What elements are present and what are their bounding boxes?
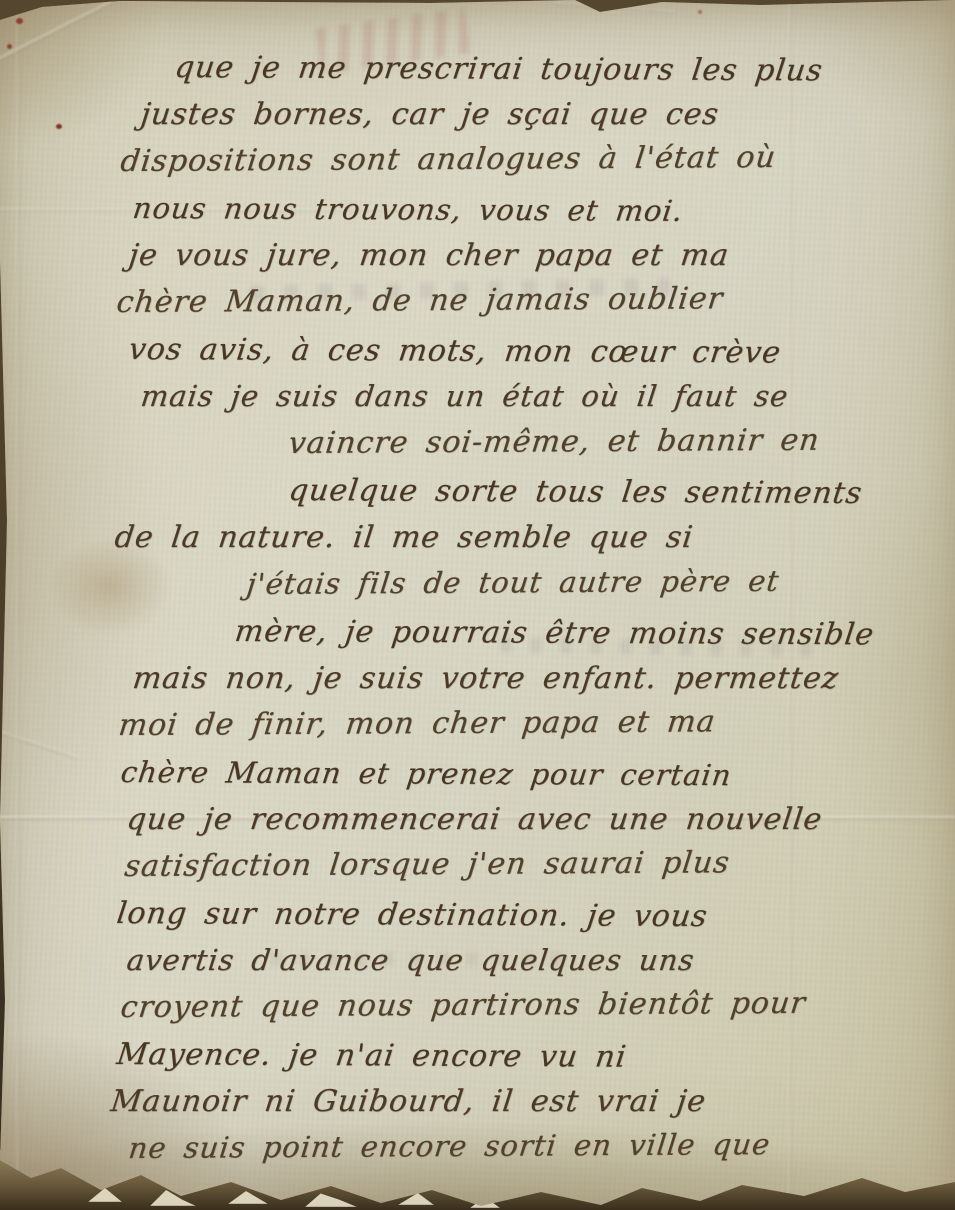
letter-line: chère Maman et prenez pour certain [118,749,955,800]
letter-line: vos avis, à ces mots, mon cœur crève [126,326,955,377]
letter-line: de la nature. il me semble que si [112,514,955,561]
letter-line: quelque sorte tous les sentiments [286,467,955,518]
letter-line: Maunoir ni Guibourd, il est vrai je [108,1078,955,1125]
letter-line: nous nous trouvons, vous et moi. [130,185,955,236]
red-wax-speck [698,10,702,14]
letter-line: j'étais fils de tout autre père et [244,557,955,608]
letter-line: Mayence. je n'ai encore vu ni [114,1031,955,1082]
letter-line: chère Maman, de ne jamais oublier [114,274,955,326]
letter-line: croyent que nous partirons bientôt pour [118,979,955,1031]
letter-line: ne suis point encore sorti en ville que [126,1120,955,1172]
letter-line: mais non, je suis votre enfant. permette… [130,655,955,702]
letter-line: mais je suis dans un état où il faut se [138,373,955,420]
letter-line: que je me prescrirai toujours les plus [172,44,955,95]
letter-page: que je me prescrirai toujours les plusju… [0,0,955,1210]
letter-line: justes bornes, car je sçai que ces [138,91,955,138]
letter-line: vaincre soi-même, et bannir en [286,416,955,467]
letter-lines: que je me prescrirai toujours les plusju… [0,44,955,1172]
red-wax-speck [16,18,23,24]
letter-line: je vous jure, mon cher papa et ma [126,232,955,279]
letter-line: avertis d'avance que quelques uns [124,937,955,984]
letter-line: que je recommencerai avec une nouvelle [124,796,955,843]
letter-line: satisfaction lorsque j'en saurai plus [122,838,955,890]
letter-line: mère, je pourrais être moins sensible [232,608,955,659]
letter-line: moi de finir, mon cher papa et ma [116,697,955,749]
letter-line: dispositions sont analogues à l'état où [118,133,955,185]
letter-line: long sur notre destination. je vous [114,890,955,941]
